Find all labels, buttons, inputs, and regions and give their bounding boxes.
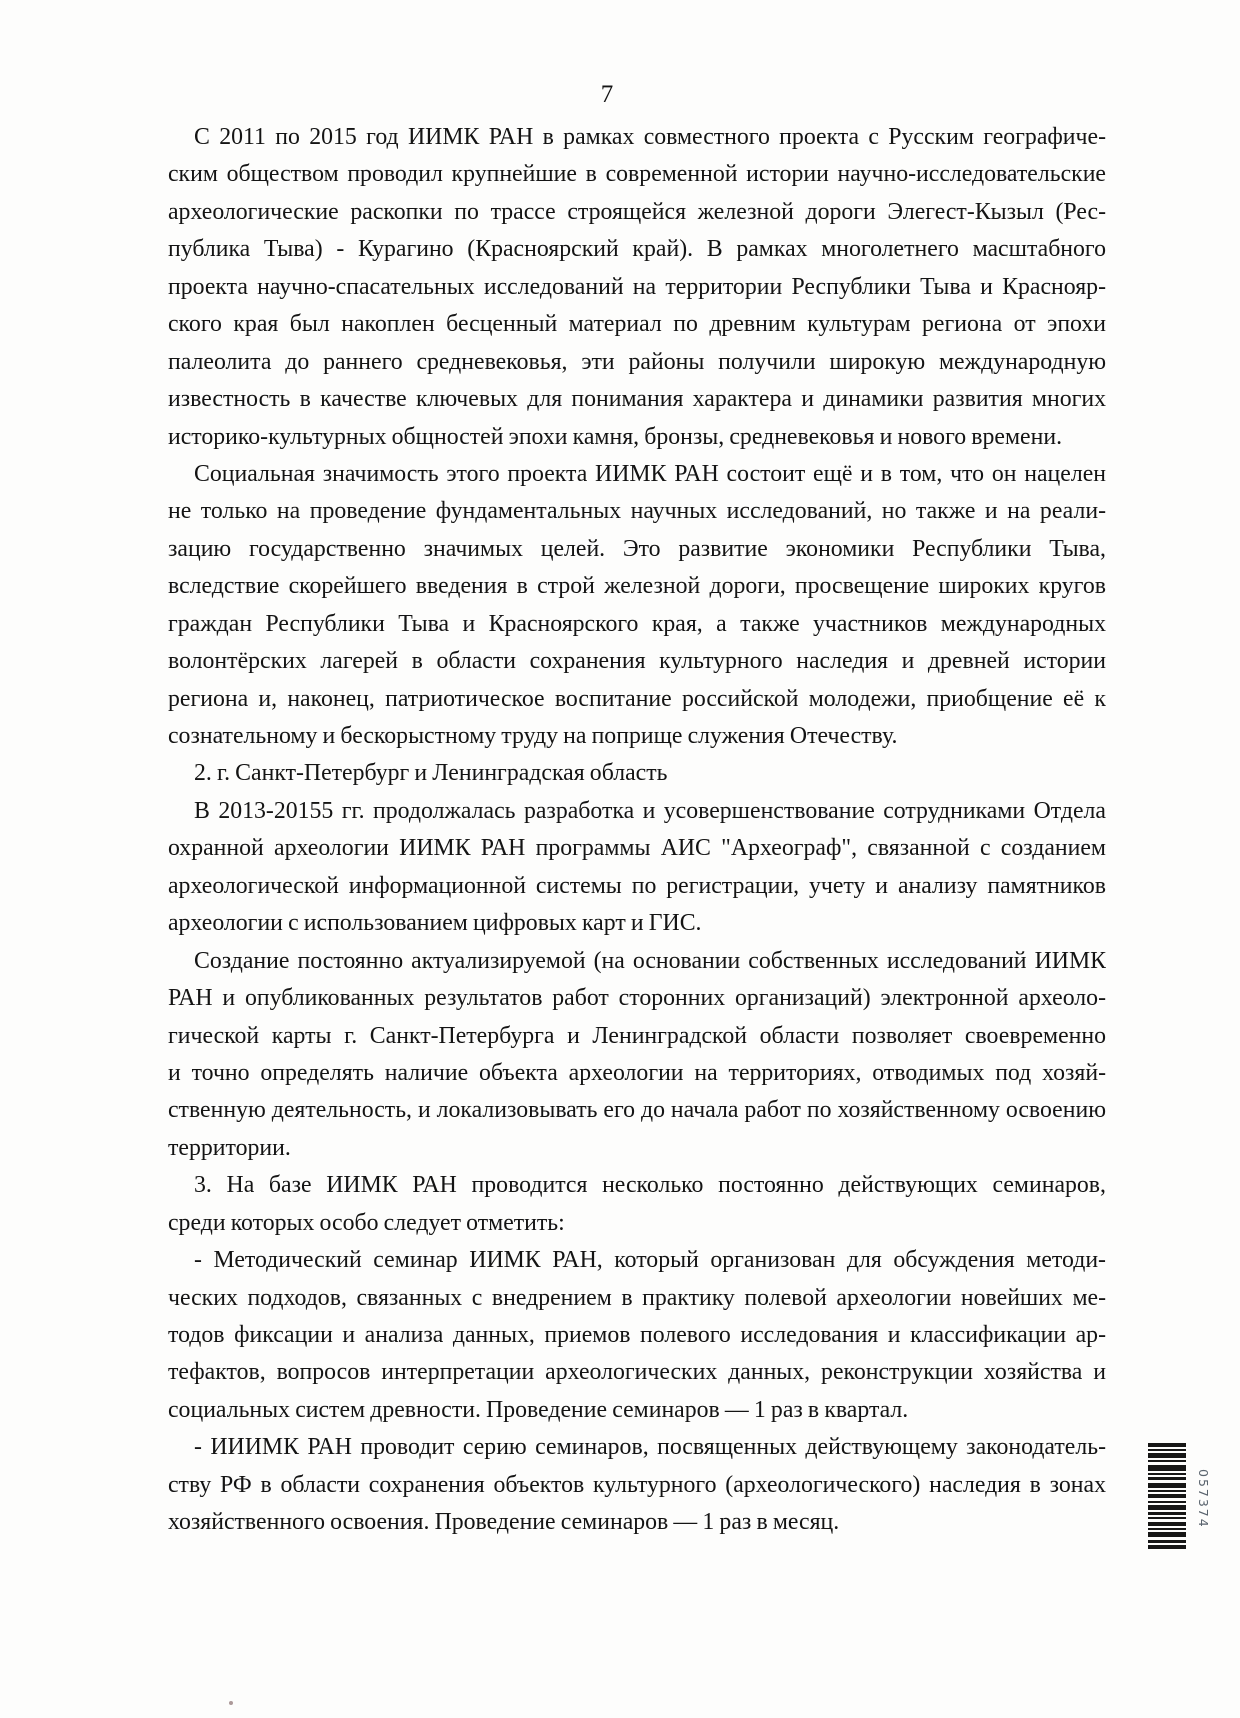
text-line: историко-культурных общностей эпохи камн… xyxy=(168,419,1106,456)
paragraph: С 2011 по 2015 год ИИМК РАН в рамках сов… xyxy=(168,119,1106,456)
text-line: тефактов, вопросов интерпретации археоло… xyxy=(168,1354,1106,1391)
text-line: хозяйственного освоения. Проведение семи… xyxy=(168,1504,1106,1541)
barcode-number: 057374 xyxy=(1196,1469,1211,1529)
text-line: социальных систем древности. Проведение … xyxy=(168,1392,1106,1429)
text-line: 3. На базе ИИМК РАН проводится несколько… xyxy=(168,1167,1106,1204)
text-line: 2. г. Санкт-Петербург и Ленинградская об… xyxy=(168,755,1106,792)
scan-speck xyxy=(229,1701,233,1705)
paragraph: Создание постоянно актуализируемой (на о… xyxy=(168,943,1106,1168)
text-line: археологии с использованием цифровых кар… xyxy=(168,905,1106,942)
text-line: С 2011 по 2015 год ИИМК РАН в рамках сов… xyxy=(168,119,1106,156)
text-line: зацию государственно значимых целей. Это… xyxy=(168,531,1106,568)
text-line: среди которых особо следует отметить: xyxy=(168,1205,1106,1242)
paragraph: - Методический семинар ИИМК РАН, который… xyxy=(168,1242,1106,1429)
text-line: ственную деятельность, и локализовывать … xyxy=(168,1092,1106,1129)
text-line: гической карты г. Санкт-Петербурга и Лен… xyxy=(168,1018,1106,1055)
text-line: ству РФ в области сохранения объектов ку… xyxy=(168,1467,1106,1504)
text-line: ческих подходов, связанных с внедрением … xyxy=(168,1280,1106,1317)
text-line: граждан Республики Тыва и Красноярского … xyxy=(168,606,1106,643)
text-line: - Методический семинар ИИМК РАН, который… xyxy=(168,1242,1106,1279)
text-line: Создание постоянно актуализируемой (на о… xyxy=(168,943,1106,980)
text-line: ского края был накоплен бесценный матери… xyxy=(168,306,1106,343)
text-line: вследствие скорейшего введения в строй ж… xyxy=(168,568,1106,605)
text-line: и точно определять наличие объекта архео… xyxy=(168,1055,1106,1092)
barcode-bar xyxy=(1148,1545,1186,1549)
text-line: охранной археологии ИИМК РАН программы А… xyxy=(168,830,1106,867)
paragraph: Социальная значимость этого проекта ИИМК… xyxy=(168,456,1106,756)
text-line: - ИИИМК РАН проводит серию семинаров, по… xyxy=(168,1429,1106,1466)
text-line: В 2013-20155 гг. продолжалась разработка… xyxy=(168,793,1106,830)
text-line: сознательному и бескорыстному труду на п… xyxy=(168,718,1106,755)
text-line: региона и, наконец, патриотическое воспи… xyxy=(168,681,1106,718)
paragraph: 2. г. Санкт-Петербург и Ленинградская об… xyxy=(168,755,1106,792)
text-line: проекта научно-спасательных исследований… xyxy=(168,269,1106,306)
document-body: С 2011 по 2015 год ИИМК РАН в рамках сов… xyxy=(168,119,1106,1542)
barcode xyxy=(1148,1443,1186,1549)
text-line: известность в качестве ключевых для пони… xyxy=(168,381,1106,418)
text-line: палеолита до раннего средневековья, эти … xyxy=(168,344,1106,381)
text-line: археологические раскопки по трассе строя… xyxy=(168,194,1106,231)
text-line: волонтёрских лагерей в области сохранени… xyxy=(168,643,1106,680)
text-line: ским обществом проводил крупнейшие в сов… xyxy=(168,156,1106,193)
paragraph: - ИИИМК РАН проводит серию семинаров, по… xyxy=(168,1429,1106,1541)
text-line: археологической информационной системы п… xyxy=(168,868,1106,905)
scanned-page: 7 С 2011 по 2015 год ИИМК РАН в рамках с… xyxy=(0,0,1240,1718)
text-line: РАН и опубликованных результатов работ с… xyxy=(168,980,1106,1017)
text-line: тодов фиксации и анализа данных, приемов… xyxy=(168,1317,1106,1354)
paragraph: 3. На базе ИИМК РАН проводится несколько… xyxy=(168,1167,1106,1242)
text-line: Социальная значимость этого проекта ИИМК… xyxy=(168,456,1106,493)
paragraph: В 2013-20155 гг. продолжалась разработка… xyxy=(168,793,1106,943)
page-number: 7 xyxy=(0,80,1214,110)
text-line: территории. xyxy=(168,1130,1106,1167)
text-line: не только на проведение фундаментальных … xyxy=(168,493,1106,530)
text-line: публика Тыва) - Курагино (Красноярский к… xyxy=(168,231,1106,268)
